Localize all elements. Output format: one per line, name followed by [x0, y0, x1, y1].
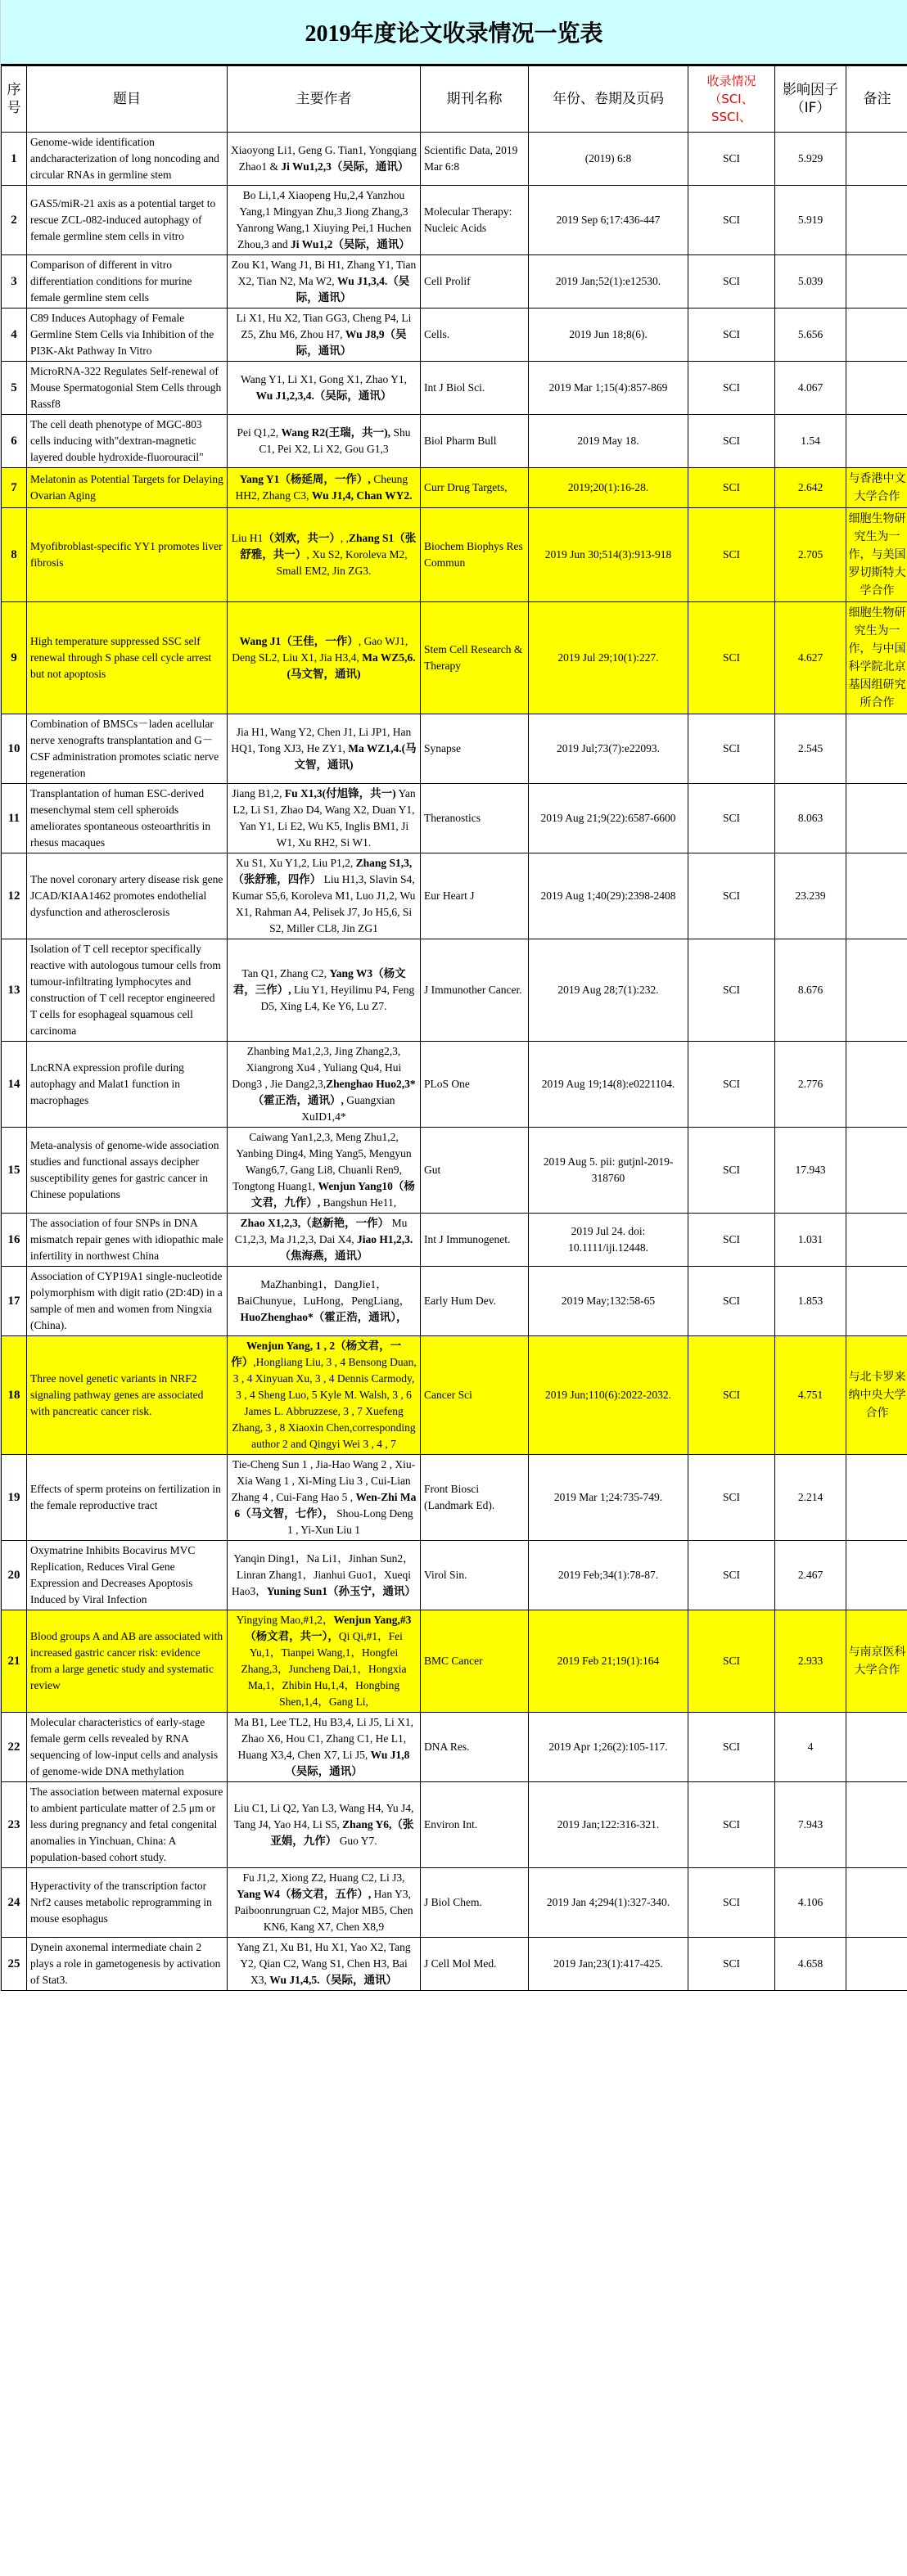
year-volume-pages: 2019 Aug 19;14(8):e0221104. — [529, 1042, 688, 1128]
paper-title: Three novel genetic variants in NRF2 sig… — [27, 1336, 228, 1455]
paper-title: Oxymatrine Inhibits Bocavirus MVC Replic… — [27, 1541, 228, 1610]
table-row: 3 Comparison of different in vitro diffe… — [2, 255, 907, 308]
remark — [846, 255, 907, 308]
table-body: 1 Genome-wide identification andcharacte… — [2, 133, 907, 1991]
page-title: 2019年度论文收录情况一览表 — [1, 0, 907, 65]
paper-title: Blood groups A and AB are associated wit… — [27, 1610, 228, 1713]
paper-title: MicroRNA-322 Regulates Self-renewal of M… — [27, 362, 228, 415]
paper-title: Transplantation of human ESC-derived mes… — [27, 784, 228, 853]
table-row: 12 The novel coronary artery disease ris… — [2, 853, 907, 939]
paper-authors: Jia H1, Wang Y2, Chen J1, Li JP1, Han HQ… — [228, 714, 421, 784]
index-status: SCI — [688, 1336, 775, 1455]
year-volume-pages: 2019 Jan;23(1):417-425. — [529, 1938, 688, 1991]
paper-authors: Wang J1（王佳，一作）, Gao WJ1, Deng SL2, Liu X… — [228, 602, 421, 714]
row-number: 1 — [2, 133, 27, 186]
index-status: SCI — [688, 602, 775, 714]
table-row: 14 LncRNA expression profile during auto… — [2, 1042, 907, 1128]
year-volume-pages: 2019 Jul;73(7):e22093. — [529, 714, 688, 784]
index-status: SCI — [688, 1267, 775, 1336]
paper-title: Effects of sperm proteins on fertilizati… — [27, 1455, 228, 1541]
paper-authors: Yingying Mao,#1,2，Wenjun Yang,#3（杨文君，共一）… — [228, 1610, 421, 1713]
table-row: 5 MicroRNA-322 Regulates Self-renewal of… — [2, 362, 907, 415]
remark — [846, 1868, 907, 1938]
table-row: 8 Myofibroblast-specific YY1 promotes li… — [2, 508, 907, 602]
journal-name: J Cell Mol Med. — [421, 1938, 529, 1991]
remark: 细胞生物研究生为一作，与美国罗切斯特大学合作 — [846, 508, 907, 602]
paper-title: Genome-wide identification andcharacteri… — [27, 133, 228, 186]
journal-name: Synapse — [421, 714, 529, 784]
paper-title: The association of four SNPs in DNA mism… — [27, 1214, 228, 1267]
index-status: SCI — [688, 1938, 775, 1991]
year-volume-pages: (2019) 6:8 — [529, 133, 688, 186]
year-volume-pages: 2019 Jun 18;8(6). — [529, 308, 688, 362]
index-status: SCI — [688, 714, 775, 784]
remark — [846, 362, 907, 415]
journal-name: Curr Drug Targets, — [421, 468, 529, 508]
index-status: SCI — [688, 508, 775, 602]
remark: 与北卡罗来纳中央大学合作 — [846, 1336, 907, 1455]
journal-name: Environ Int. — [421, 1782, 529, 1868]
header-row: 序号 题目 主要作者 期刊名称 年份、卷期及页码 收录情况（SCI、SSCI、 … — [2, 66, 907, 133]
year-volume-pages: 2019 Aug 21;9(22):6587-6600 — [529, 784, 688, 853]
spreadsheet: 2019年度论文收录情况一览表 序号 题目 主要作者 期刊名称 年份、卷期及页码… — [0, 0, 907, 1991]
table-row: 13 Isolation of T cell receptor specific… — [2, 939, 907, 1042]
index-status: SCI — [688, 362, 775, 415]
remark — [846, 1782, 907, 1868]
year-volume-pages: 2019 Feb 21;19(1):164 — [529, 1610, 688, 1713]
remark — [846, 1938, 907, 1991]
row-number: 25 — [2, 1938, 27, 1991]
paper-title: GAS5/miR-21 axis as a potential target t… — [27, 186, 228, 255]
row-number: 10 — [2, 714, 27, 784]
paper-title: Combination of BMSCs－laden acellular ner… — [27, 714, 228, 784]
paper-title: Hyperactivity of the transcription facto… — [27, 1868, 228, 1938]
paper-authors: Zou K1, Wang J1, Bi H1, Zhang Y1, Tian X… — [228, 255, 421, 308]
impact-factor: 1.54 — [775, 415, 846, 468]
paper-title: Dynein axonemal intermediate chain 2 pla… — [27, 1938, 228, 1991]
row-number: 17 — [2, 1267, 27, 1336]
remark — [846, 853, 907, 939]
paper-authors: Wang Y1, Li X1, Gong X1, Zhao Y1, Wu J1,… — [228, 362, 421, 415]
year-volume-pages: 2019 Aug 5. pii: gutjnl-2019-318760 — [529, 1128, 688, 1214]
paper-title: The cell death phenotype of MGC-803 cell… — [27, 415, 228, 468]
table-row: 9 High temperature suppressed SSC self r… — [2, 602, 907, 714]
impact-factor: 2.467 — [775, 1541, 846, 1610]
impact-factor: 7.943 — [775, 1782, 846, 1868]
impact-factor: 8.676 — [775, 939, 846, 1042]
paper-authors: Zhanbing Ma1,2,3, Jing Zhang2,3, Xiangro… — [228, 1042, 421, 1128]
table-row: 2 GAS5/miR-21 axis as a potential target… — [2, 186, 907, 255]
table-row: 21 Blood groups A and AB are associated … — [2, 1610, 907, 1713]
journal-name: Early Hum Dev. — [421, 1267, 529, 1336]
impact-factor: 4.658 — [775, 1938, 846, 1991]
journal-name: Eur Heart J — [421, 853, 529, 939]
paper-title: Myofibroblast-specific YY1 promotes live… — [27, 508, 228, 602]
journal-name: BMC Cancer — [421, 1610, 529, 1713]
row-number: 14 — [2, 1042, 27, 1128]
year-volume-pages: 2019 Jun 30;514(3):913-918 — [529, 508, 688, 602]
journal-name: Cell Prolif — [421, 255, 529, 308]
year-volume-pages: 2019 Mar 1;15(4):857-869 — [529, 362, 688, 415]
year-volume-pages: 2019 Aug 1;40(29):2398-2408 — [529, 853, 688, 939]
journal-name: PLoS One — [421, 1042, 529, 1128]
impact-factor: 5.929 — [775, 133, 846, 186]
impact-factor: 4 — [775, 1713, 846, 1782]
row-number: 12 — [2, 853, 27, 939]
impact-factor: 4.067 — [775, 362, 846, 415]
remark — [846, 939, 907, 1042]
index-status: SCI — [688, 1782, 775, 1868]
paper-authors: Pei Q1,2, Wang R2(王瑞，共一), Shu C1, Pei X2… — [228, 415, 421, 468]
impact-factor: 4.106 — [775, 1868, 846, 1938]
remark: 与香港中文大学合作 — [846, 468, 907, 508]
table-row: 4 C89 Induces Autophagy of Female Germli… — [2, 308, 907, 362]
header-year-vol-page: 年份、卷期及页码 — [529, 66, 688, 133]
table-row: 25 Dynein axonemal intermediate chain 2 … — [2, 1938, 907, 1991]
header-title: 题目 — [27, 66, 228, 133]
index-status: SCI — [688, 415, 775, 468]
paper-authors: Xu S1, Xu Y1,2, Liu P1,2, Zhang S1,3,（张舒… — [228, 853, 421, 939]
remark — [846, 714, 907, 784]
paper-authors: Liu C1, Li Q2, Yan L3, Wang H4, Yu J4, T… — [228, 1782, 421, 1868]
paper-authors: Yanqin Ding1，Na Li1，Jinhan Sun2，Linran Z… — [228, 1541, 421, 1610]
year-volume-pages: 2019 Jul 29;10(1):227. — [529, 602, 688, 714]
header-indexed: 收录情况（SCI、SSCI、 — [688, 66, 775, 133]
row-number: 19 — [2, 1455, 27, 1541]
journal-name: Int J Biol Sci. — [421, 362, 529, 415]
journal-name: Biol Pharm Bull — [421, 415, 529, 468]
paper-authors: Xiaoyong Li1, Geng G. Tian1, Yongqiang Z… — [228, 133, 421, 186]
journal-name: Molecular Therapy: Nucleic Acids — [421, 186, 529, 255]
journal-name: Virol Sin. — [421, 1541, 529, 1610]
journal-name: Gut — [421, 1128, 529, 1214]
index-status: SCI — [688, 1610, 775, 1713]
row-number: 6 — [2, 415, 27, 468]
impact-factor: 5.656 — [775, 308, 846, 362]
table-row: 7 Melatonin as Potential Targets for Del… — [2, 468, 907, 508]
impact-factor: 8.063 — [775, 784, 846, 853]
impact-factor: 2.776 — [775, 1042, 846, 1128]
impact-factor: 4.627 — [775, 602, 846, 714]
row-number: 15 — [2, 1128, 27, 1214]
journal-name: J Biol Chem. — [421, 1868, 529, 1938]
year-volume-pages: 2019 Jan 4;294(1):327-340. — [529, 1868, 688, 1938]
index-status: SCI — [688, 1541, 775, 1610]
table-row: 20 Oxymatrine Inhibits Bocavirus MVC Rep… — [2, 1541, 907, 1610]
remark — [846, 1541, 907, 1610]
impact-factor: 4.751 — [775, 1336, 846, 1455]
paper-authors: Tan Q1, Zhang C2, Yang W3（杨文君，三作）, Liu Y… — [228, 939, 421, 1042]
index-status: SCI — [688, 308, 775, 362]
paper-title: Isolation of T cell receptor specificall… — [27, 939, 228, 1042]
paper-title: The association between maternal exposur… — [27, 1782, 228, 1868]
impact-factor: 23.239 — [775, 853, 846, 939]
paper-table: 序号 题目 主要作者 期刊名称 年份、卷期及页码 收录情况（SCI、SSCI、 … — [1, 65, 907, 1991]
header-authors: 主要作者 — [228, 66, 421, 133]
paper-title: Melatonin as Potential Targets for Delay… — [27, 468, 228, 508]
row-number: 16 — [2, 1214, 27, 1267]
index-status: SCI — [688, 1128, 775, 1214]
paper-authors: Yang Y1（杨延周，一作）, Cheung HH2, Zhang C3, W… — [228, 468, 421, 508]
table-row: 19 Effects of sperm proteins on fertiliz… — [2, 1455, 907, 1541]
row-number: 4 — [2, 308, 27, 362]
year-volume-pages: 2019 Apr 1;26(2):105-117. — [529, 1713, 688, 1782]
journal-name: Int J Immunogenet. — [421, 1214, 529, 1267]
year-volume-pages: 2019 Jan;52(1):e12530. — [529, 255, 688, 308]
table-row: 22 Molecular characteristics of early-st… — [2, 1713, 907, 1782]
paper-authors: Ma B1, Lee TL2, Hu B3,4, Li J5, Li X1, Z… — [228, 1713, 421, 1782]
table-row: 24 Hyperactivity of the transcription fa… — [2, 1868, 907, 1938]
row-number: 18 — [2, 1336, 27, 1455]
journal-name: Scientific Data, 2019 Mar 6:8 — [421, 133, 529, 186]
paper-authors: Caiwang Yan1,2,3, Meng Zhu1,2, Yanbing D… — [228, 1128, 421, 1214]
year-volume-pages: 2019 Jul 24. doi: 10.1111/iji.12448. — [529, 1214, 688, 1267]
paper-title: Comparison of different in vitro differe… — [27, 255, 228, 308]
journal-name: Stem Cell Research & Therapy — [421, 602, 529, 714]
year-volume-pages: 2019 May 18. — [529, 415, 688, 468]
impact-factor: 5.039 — [775, 255, 846, 308]
impact-factor: 1.853 — [775, 1267, 846, 1336]
table-row: 11 Transplantation of human ESC-derived … — [2, 784, 907, 853]
impact-factor: 2.642 — [775, 468, 846, 508]
table-row: 10 Combination of BMSCs－laden acellular … — [2, 714, 907, 784]
paper-title: Meta-analysis of genome-wide association… — [27, 1128, 228, 1214]
journal-name: Front Biosci (Landmark Ed). — [421, 1455, 529, 1541]
paper-authors: Wenjun Yang, 1 , 2（杨文君，一作）,Hongliang Liu… — [228, 1336, 421, 1455]
journal-name: Theranostics — [421, 784, 529, 853]
journal-name: DNA Res. — [421, 1713, 529, 1782]
row-number: 9 — [2, 602, 27, 714]
remark — [846, 1128, 907, 1214]
paper-title: Molecular characteristics of early-stage… — [27, 1713, 228, 1782]
row-number: 20 — [2, 1541, 27, 1610]
year-volume-pages: 2019 Jun;110(6):2022-2032. — [529, 1336, 688, 1455]
table-row: 15 Meta-analysis of genome-wide associat… — [2, 1128, 907, 1214]
index-status: SCI — [688, 1455, 775, 1541]
journal-name: Biochem Biophys Res Commun — [421, 508, 529, 602]
index-status: SCI — [688, 468, 775, 508]
journal-name: Cells. — [421, 308, 529, 362]
impact-factor: 2.545 — [775, 714, 846, 784]
header-journal: 期刊名称 — [421, 66, 529, 133]
year-volume-pages: 2019 Mar 1;24:735-749. — [529, 1455, 688, 1541]
index-status: SCI — [688, 1214, 775, 1267]
row-number: 11 — [2, 784, 27, 853]
row-number: 21 — [2, 1610, 27, 1713]
index-status: SCI — [688, 853, 775, 939]
paper-title: High temperature suppressed SSC self ren… — [27, 602, 228, 714]
table-row: 6 The cell death phenotype of MGC-803 ce… — [2, 415, 907, 468]
year-volume-pages: 2019;20(1):16-28. — [529, 468, 688, 508]
remark — [846, 1713, 907, 1782]
paper-title: C89 Induces Autophagy of Female Germline… — [27, 308, 228, 362]
table-row: 23 The association between maternal expo… — [2, 1782, 907, 1868]
row-number: 2 — [2, 186, 27, 255]
journal-name: Cancer Sci — [421, 1336, 529, 1455]
table-row: 16 The association of four SNPs in DNA m… — [2, 1214, 907, 1267]
impact-factor: 5.919 — [775, 186, 846, 255]
row-number: 24 — [2, 1868, 27, 1938]
remark — [846, 308, 907, 362]
index-status: SCI — [688, 186, 775, 255]
paper-authors: Zhao X1,2,3,（赵新艳，一作） Mu C1,2,3, Ma J1,2,… — [228, 1214, 421, 1267]
paper-authors: Yang Z1, Xu B1, Hu X1, Yao X2, Tang Y2, … — [228, 1938, 421, 1991]
remark — [846, 133, 907, 186]
header-impact-factor: 影响因子（IF） — [775, 66, 846, 133]
index-status: SCI — [688, 1713, 775, 1782]
year-volume-pages: 2019 Feb;34(1):78-87. — [529, 1541, 688, 1610]
impact-factor: 2.933 — [775, 1610, 846, 1713]
remark — [846, 1267, 907, 1336]
year-volume-pages: 2019 Aug 28;7(1):232. — [529, 939, 688, 1042]
remark — [846, 415, 907, 468]
year-volume-pages: 2019 Jan;122:316-321. — [529, 1782, 688, 1868]
table-row: 1 Genome-wide identification andcharacte… — [2, 133, 907, 186]
header-note: 备注 — [846, 66, 907, 133]
year-volume-pages: 2019 May;132:58-65 — [529, 1267, 688, 1336]
index-status: SCI — [688, 133, 775, 186]
index-status: SCI — [688, 939, 775, 1042]
paper-authors: Tie-Cheng Sun 1 , Jia-Hao Wang 2 , Xiu-X… — [228, 1455, 421, 1541]
impact-factor: 17.943 — [775, 1128, 846, 1214]
row-number: 22 — [2, 1713, 27, 1782]
year-volume-pages: 2019 Sep 6;17:436-447 — [529, 186, 688, 255]
remark — [846, 784, 907, 853]
paper-title: LncRNA expression profile during autopha… — [27, 1042, 228, 1128]
journal-name: J Immunother Cancer. — [421, 939, 529, 1042]
paper-authors: MaZhanbing1，DangJie1，BaiChunyue，LuHong，P… — [228, 1267, 421, 1336]
paper-authors: Jiang B1,2, Fu X1,3(付旭锋，共一) Yan L2, Li S… — [228, 784, 421, 853]
remark: 与南京医科大学合作 — [846, 1610, 907, 1713]
index-status: SCI — [688, 784, 775, 853]
remark: 细胞生物研究生为一作，与中国科学院北京基因组研究所合作 — [846, 602, 907, 714]
row-number: 8 — [2, 508, 27, 602]
remark — [846, 1042, 907, 1128]
row-number: 7 — [2, 468, 27, 508]
paper-authors: Bo Li,1,4 Xiaopeng Hu,2,4 Yanzhou Yang,1… — [228, 186, 421, 255]
table-row: 17 Association of CYP19A1 single-nucleot… — [2, 1267, 907, 1336]
header-no: 序号 — [2, 66, 27, 133]
impact-factor: 2.214 — [775, 1455, 846, 1541]
paper-title: Association of CYP19A1 single-nucleotide… — [27, 1267, 228, 1336]
index-status: SCI — [688, 1042, 775, 1128]
row-number: 3 — [2, 255, 27, 308]
table-row: 18 Three novel genetic variants in NRF2 … — [2, 1336, 907, 1455]
paper-authors: Li X1, Hu X2, Tian GG3, Cheng P4, Li Z5,… — [228, 308, 421, 362]
impact-factor: 2.705 — [775, 508, 846, 602]
row-number: 23 — [2, 1782, 27, 1868]
remark — [846, 186, 907, 255]
paper-authors: Fu J1,2, Xiong Z2, Huang C2, Li J3, Yang… — [228, 1868, 421, 1938]
remark — [846, 1455, 907, 1541]
index-status: SCI — [688, 1868, 775, 1938]
paper-authors: Liu H1（刘欢，共一）, ,Zhang S1（张舒雅，共一）, Xu S2,… — [228, 508, 421, 602]
index-status: SCI — [688, 255, 775, 308]
impact-factor: 1.031 — [775, 1214, 846, 1267]
row-number: 13 — [2, 939, 27, 1042]
remark — [846, 1214, 907, 1267]
paper-title: The novel coronary artery disease risk g… — [27, 853, 228, 939]
row-number: 5 — [2, 362, 27, 415]
